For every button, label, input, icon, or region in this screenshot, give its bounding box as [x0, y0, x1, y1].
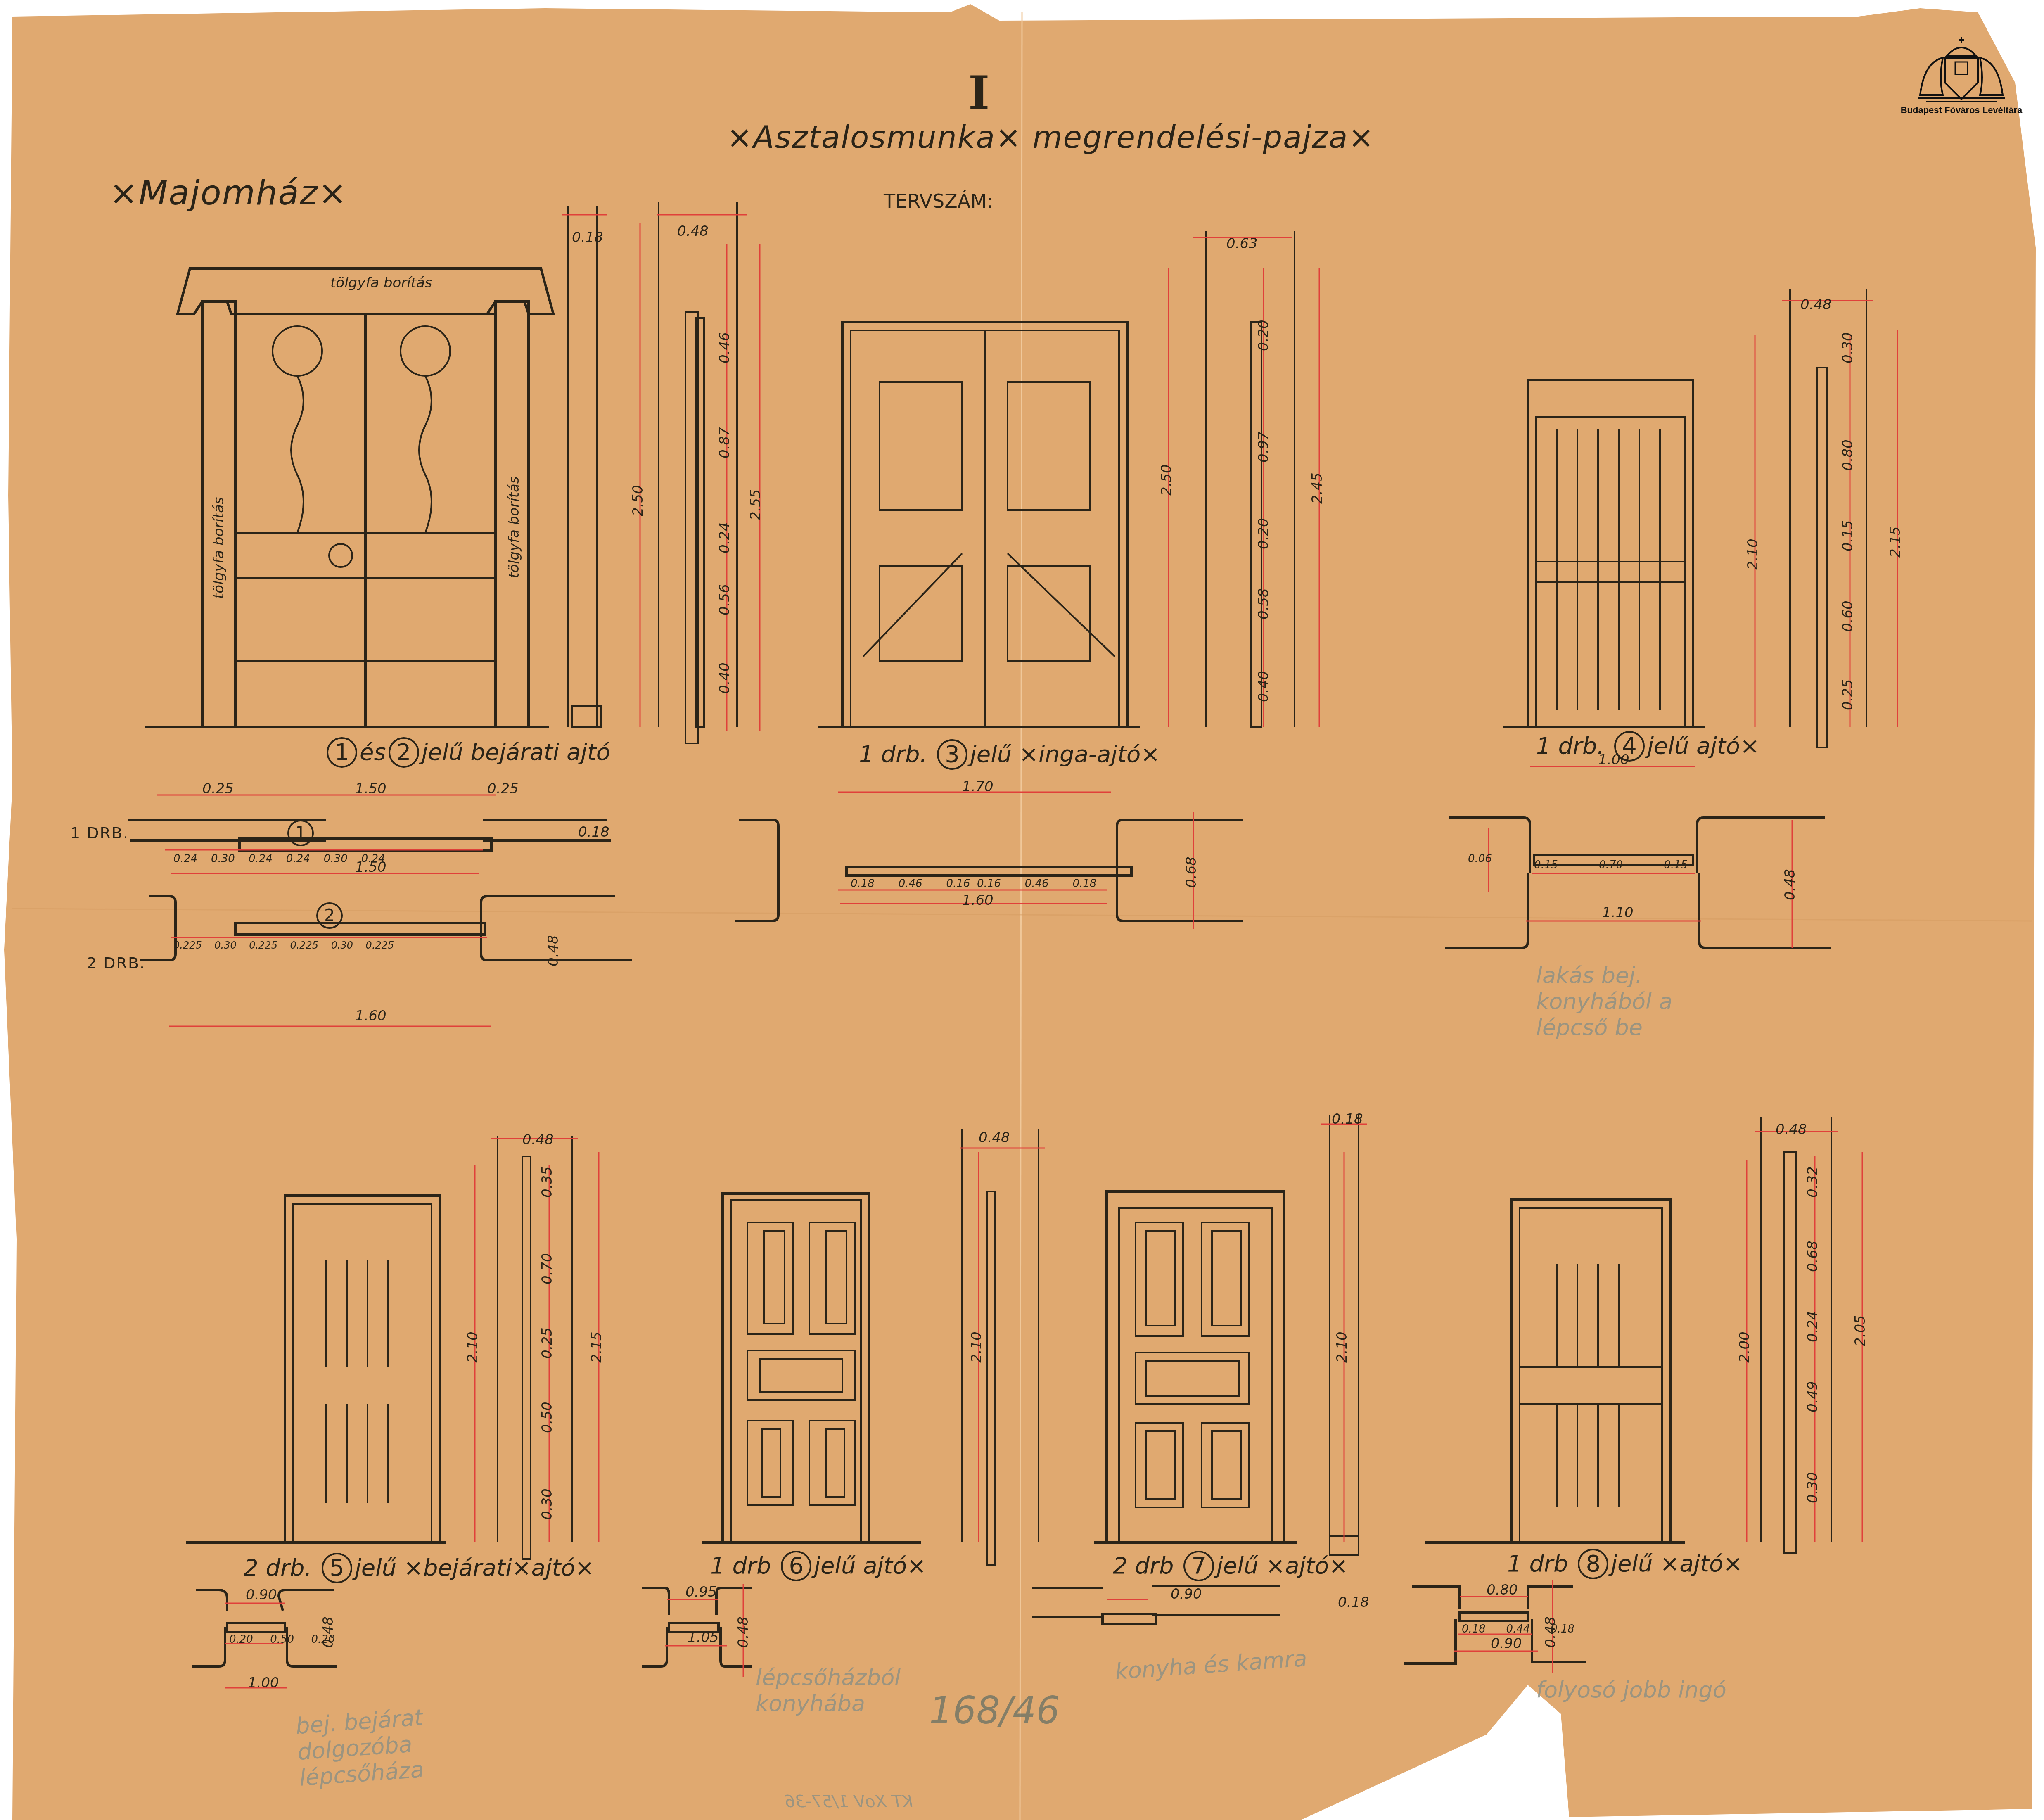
dim-d4-seg-0: 0.30 [1840, 332, 1856, 363]
dim-p7-depth: 0.18 [1338, 1594, 1369, 1611]
dim-d8-seg-3: 0.49 [1805, 1381, 1821, 1412]
dim-p4-bottom: 1.10 [1602, 904, 1634, 921]
dim-d7-height: 2.10 [1334, 1331, 1350, 1363]
dim-d4-height-left: 2.10 [1745, 539, 1761, 570]
label-oak-cladding-top: tölgyfa borítás [330, 275, 432, 291]
dim-d1-height: 2.50 [630, 485, 646, 516]
dim-p2-bottom: 1.60 [355, 1008, 387, 1024]
dim-d1-width: 0.18 [572, 229, 603, 246]
plan-2-mark: 2 [314, 902, 345, 929]
dim-d5-width: 0.48 [522, 1132, 554, 1148]
dim-p4-depth: 0.48 [1782, 869, 1798, 900]
archive-logo: Budapest Főváros Levéltára [1895, 33, 2027, 116]
dim-d3-seg-4: 0.58 [1255, 588, 1272, 619]
dim-d5-seg-2: 0.25 [539, 1327, 555, 1359]
dim-d2-seg-1: 0.46 [716, 332, 733, 363]
caption-door-5: 2 drb. 5jelű ×bejárati×ajtó× [244, 1553, 595, 1583]
dim-d8-seg-1: 0.68 [1805, 1241, 1821, 1272]
drawing-sheet [0, 0, 2044, 1820]
dim-p4-segments: 0.15 0.70 0.15 [1534, 859, 1688, 871]
dim-p5-top: 0.90 [246, 1587, 277, 1603]
dim-p4-top: 1.00 [1598, 752, 1629, 768]
dim-d3-height-right: 2.45 [1309, 472, 1326, 504]
dim-d8-seg-2: 0.24 [1805, 1311, 1821, 1342]
dim-p8-top: 0.80 [1487, 1582, 1518, 1598]
building-name: ×Majomház× [109, 173, 348, 213]
dim-d8-seg-0: 0.32 [1805, 1166, 1821, 1198]
dim-p1-segments: 0.24 0.30 0.24 0.24 0.30 0.24 [173, 853, 385, 865]
caption-door-8: 1 drb 8jelű ×ajtó× [1507, 1549, 1743, 1579]
dim-d5-seg-1: 0.70 [539, 1253, 555, 1284]
dim-p5-segments: 0.20 0.50 0.20 [229, 1633, 335, 1646]
caption-door-7: 2 drb 7jelű ×ajtó× [1113, 1551, 1348, 1581]
pencil-note-door-4: lakás bej. konyhából a lépcső be [1536, 962, 1710, 1040]
caption-door-4: 1 drb. 4jelű ajtó× [1536, 731, 1759, 762]
dim-p1-top-left: 0.25 [202, 781, 234, 797]
dim-p6-bottom: 1.05 [688, 1629, 719, 1646]
dim-d7-width: 0.18 [1332, 1111, 1363, 1127]
dim-d5-height-left: 2.10 [465, 1331, 481, 1363]
label-oak-cladding-left: tölgyfa borítás [211, 497, 227, 599]
dim-p4-jamb: 0.06 [1468, 853, 1492, 865]
label-oak-cladding-right: tölgyfa borítás [506, 476, 522, 578]
pencil-note-door-5: bej. bejárat dolgozóba lépcsőháza [295, 1698, 515, 1791]
dim-d3-seg-1: 0.20 [1255, 320, 1272, 351]
plan-2-count: 2 DRB. [87, 954, 145, 972]
caption-door-6: 1 drb 6jelű ajtó× [710, 1551, 926, 1581]
pencil-note-door-6: lépcsőházból konyhába [756, 1664, 863, 1716]
dim-d8-seg-4: 0.30 [1805, 1472, 1821, 1503]
dim-d5-seg-0: 0.35 [539, 1166, 555, 1198]
dim-p3-segments: 0.18 0.46 0.16 0.16 0.46 0.18 [851, 878, 1096, 890]
dim-p3-top: 1.70 [962, 778, 994, 795]
dim-p2-depth: 0.48 [545, 935, 562, 966]
sheet-number: I [968, 66, 989, 119]
dim-d4-seg-3: 0.60 [1840, 600, 1856, 632]
archive-stamp-mirrored: KT XoV 1/57-36 [785, 1792, 913, 1811]
dim-d4-seg-1: 0.80 [1840, 439, 1856, 471]
dim-d5-seg-3: 0.50 [539, 1402, 555, 1433]
dim-d2-seg-5: 0.40 [716, 662, 733, 694]
dim-p6-depth: 0.48 [735, 1616, 752, 1648]
dim-p1-top-right: 0.25 [487, 781, 519, 797]
dim-p5-depth: 0.48 [320, 1616, 337, 1648]
caption-door-1-2: 1és2jelű bejárati ajtó [324, 737, 610, 768]
dim-d5-seg-4: 0.30 [539, 1488, 555, 1520]
dim-d6-height: 2.10 [968, 1331, 985, 1363]
dim-d3-seg-5: 0.40 [1255, 671, 1272, 702]
dim-d4-height-right: 2.15 [1887, 526, 1904, 558]
dim-p1-depth: 0.18 [578, 824, 609, 840]
dim-d3-height-left: 2.50 [1158, 464, 1175, 496]
dim-d2-height: 2.55 [747, 489, 764, 520]
dim-p1-top-mid: 1.50 [355, 781, 387, 797]
dim-p2-top: 1.50 [355, 859, 387, 876]
dim-p8-bottom: 0.90 [1491, 1635, 1522, 1652]
dim-d8-height-right: 2.05 [1852, 1315, 1869, 1346]
dim-d2-seg-2: 0.87 [716, 427, 733, 458]
dim-d8-height-left: 2.00 [1736, 1331, 1753, 1363]
dim-p2-segments: 0.225 0.30 0.225 0.225 0.30 0.225 [173, 940, 394, 951]
dim-d4-width: 0.48 [1800, 297, 1832, 313]
sheet-title: ×Asztalosmunka× megrendelési-pajza× [727, 120, 1375, 155]
caption-door-3: 1 drb. 3jelű ×inga-ajtó× [859, 739, 1160, 770]
plan-1-count: 1 DRB. [70, 824, 129, 842]
dim-d6-width: 0.48 [979, 1129, 1010, 1146]
dim-d2-seg-3: 0.24 [716, 522, 733, 553]
pencil-note-door-8: folyosó jobb ingó [1536, 1677, 1726, 1703]
signature-annotation: 168/46 [929, 1689, 1060, 1732]
dim-p3-depth: 0.68 [1183, 857, 1200, 888]
dim-d3-seg-2: 0.97 [1255, 431, 1272, 463]
dim-d2-width: 0.48 [677, 223, 709, 240]
coat-of-arms-icon [1908, 33, 2015, 103]
dim-d3-seg-3: 0.20 [1255, 518, 1272, 549]
dim-d8-width: 0.48 [1776, 1121, 1807, 1138]
dim-d5-height-right: 2.15 [588, 1331, 605, 1363]
dim-p7-top: 0.90 [1171, 1586, 1202, 1602]
plan-1-mark: 1 [285, 820, 316, 846]
archive-name: Budapest Főváros Levéltára [1895, 105, 2027, 116]
dim-d2-seg-4: 0.56 [716, 584, 733, 615]
dim-p5-bottom: 1.00 [248, 1675, 279, 1691]
plan-number-label: TERVSZÁM: [884, 190, 993, 212]
dim-p3-bottom: 1.60 [962, 892, 994, 909]
dim-d4-seg-4: 0.25 [1840, 679, 1856, 710]
dim-d3-width: 0.63 [1226, 235, 1258, 252]
dim-p8-depth: 0.48 [1542, 1616, 1559, 1648]
dim-p6-top: 0.95 [685, 1584, 717, 1600]
dim-d4-seg-2: 0.15 [1840, 520, 1856, 551]
